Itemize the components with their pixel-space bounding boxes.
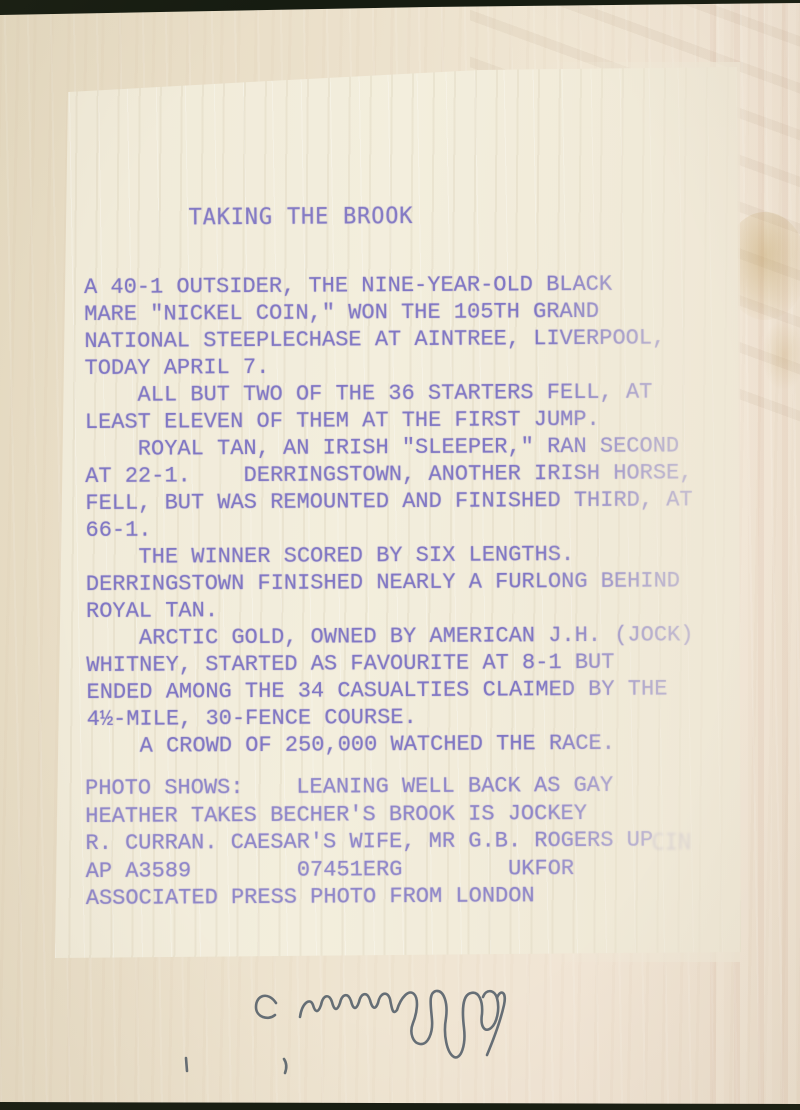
slip-grain-streaks bbox=[55, 67, 741, 958]
handwritten-signature-scrawl bbox=[180, 983, 520, 1083]
small-stain bbox=[762, 320, 800, 390]
scrawl-main bbox=[300, 991, 498, 1057]
scrawl-c bbox=[256, 996, 276, 1018]
scanned-photo-back: { "colors":{ "ink":"#7b71c3", "caption_i… bbox=[0, 0, 800, 1110]
caption-slip-paper bbox=[55, 67, 741, 958]
pen-tick bbox=[186, 1058, 187, 1071]
scrawl-comma bbox=[284, 1059, 286, 1073]
